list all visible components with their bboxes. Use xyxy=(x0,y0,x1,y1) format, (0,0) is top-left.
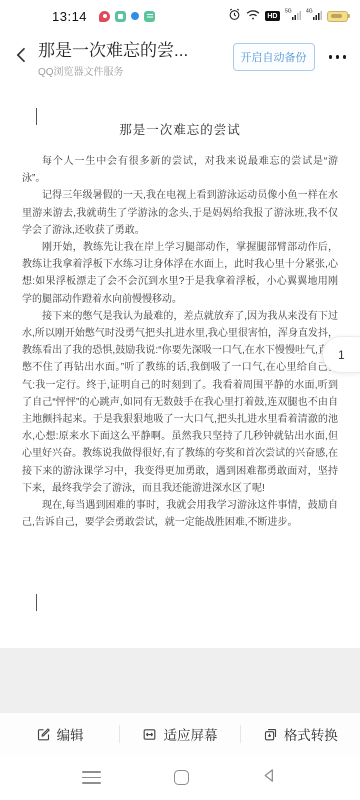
recents-menu-icon[interactable] xyxy=(82,771,101,784)
dot-notification-icon xyxy=(131,12,139,20)
file-source-subtitle: QQ浏览器文件服务 xyxy=(38,63,233,78)
svg-text:5G: 5G xyxy=(285,9,292,15)
dot-icon xyxy=(329,55,333,59)
signal-5g-icon: 5G xyxy=(285,8,301,24)
edit-label: 编辑 xyxy=(57,724,84,744)
dot-icon xyxy=(343,55,347,59)
nav-back-icon[interactable] xyxy=(261,767,278,789)
document-title: 那是一次难忘的尝试 xyxy=(0,120,360,138)
fit-screen-label: 适应屏幕 xyxy=(163,724,217,744)
more-menu-button[interactable] xyxy=(327,49,349,65)
hd-voice-icon: HD xyxy=(265,11,280,21)
edit-icon xyxy=(36,727,51,742)
header: 那是一次难忘的尝... QQ浏览器文件服务 开启自动备份 xyxy=(0,28,360,86)
status-bar: 13:14 HD 5G 4G xyxy=(0,0,360,28)
wifi-icon xyxy=(246,9,260,24)
battery-icon xyxy=(327,11,348,22)
page-number-badge[interactable]: 1 xyxy=(322,336,360,373)
alarm-icon xyxy=(228,8,241,24)
document-body: 每个人一生中会有很多新的尝试，对我来说最难忘的尝试是“游泳”。 记得三年级暑假的… xyxy=(0,153,360,531)
bottom-toolbar: 编辑 适应屏幕 格式转换 xyxy=(0,713,360,755)
chevron-left-icon xyxy=(12,45,32,70)
fit-screen-icon xyxy=(142,727,157,742)
signal-4g-icon: 4G xyxy=(306,8,322,24)
paragraph: 每个人一生中会有很多新的尝试，对我来说最难忘的尝试是“游泳”。 xyxy=(22,153,338,187)
clock-time: 13:14 xyxy=(52,9,87,24)
document-page: 那是一次难忘的尝试 每个人一生中会有很多新的尝试，对我来说最难忘的尝试是“游泳”… xyxy=(0,86,360,648)
text-cursor xyxy=(36,594,37,611)
android-nav-bar xyxy=(0,755,360,800)
format-convert-icon xyxy=(263,727,278,742)
format-convert-label: 格式转换 xyxy=(284,724,338,744)
location-pin-icon xyxy=(99,11,110,22)
paragraph: 记得三年级暑假的一天,我在电视上看到游泳运动员像小鱼一样在水里游来游去,我就萌生… xyxy=(22,187,338,239)
viewer-background xyxy=(0,648,360,713)
file-title: 那是一次难忘的尝... xyxy=(38,36,233,61)
notes-notification-icon xyxy=(144,11,155,22)
format-convert-button[interactable]: 格式转换 xyxy=(241,713,360,755)
app-notification-icon xyxy=(115,11,126,22)
auto-backup-button[interactable]: 开启自动备份 xyxy=(233,43,315,71)
back-button[interactable] xyxy=(8,39,36,75)
edit-button[interactable]: 编辑 xyxy=(0,713,119,755)
home-icon[interactable] xyxy=(174,770,189,785)
dot-icon xyxy=(336,55,340,59)
page-number: 1 xyxy=(338,348,345,362)
fit-screen-button[interactable]: 适应屏幕 xyxy=(120,713,239,755)
text-cursor xyxy=(36,108,37,125)
paragraph: 现在,每当遇到困难的事时，我就会用我学习游泳这件事情，鼓励自己,告诉自己，要学会… xyxy=(22,497,338,531)
notification-icons xyxy=(99,11,155,22)
svg-text:4G: 4G xyxy=(306,9,313,15)
paragraph: 接下来的憋气是我认为最难的，差点就放弃了,因为我从来没有下过水,所以刚开始憋气时… xyxy=(22,308,338,497)
paragraph: 刚开始，教练先让我在岸上学习腿部动作，掌握腿部臂部动作后，教练让我拿着浮板下水练… xyxy=(22,239,338,308)
